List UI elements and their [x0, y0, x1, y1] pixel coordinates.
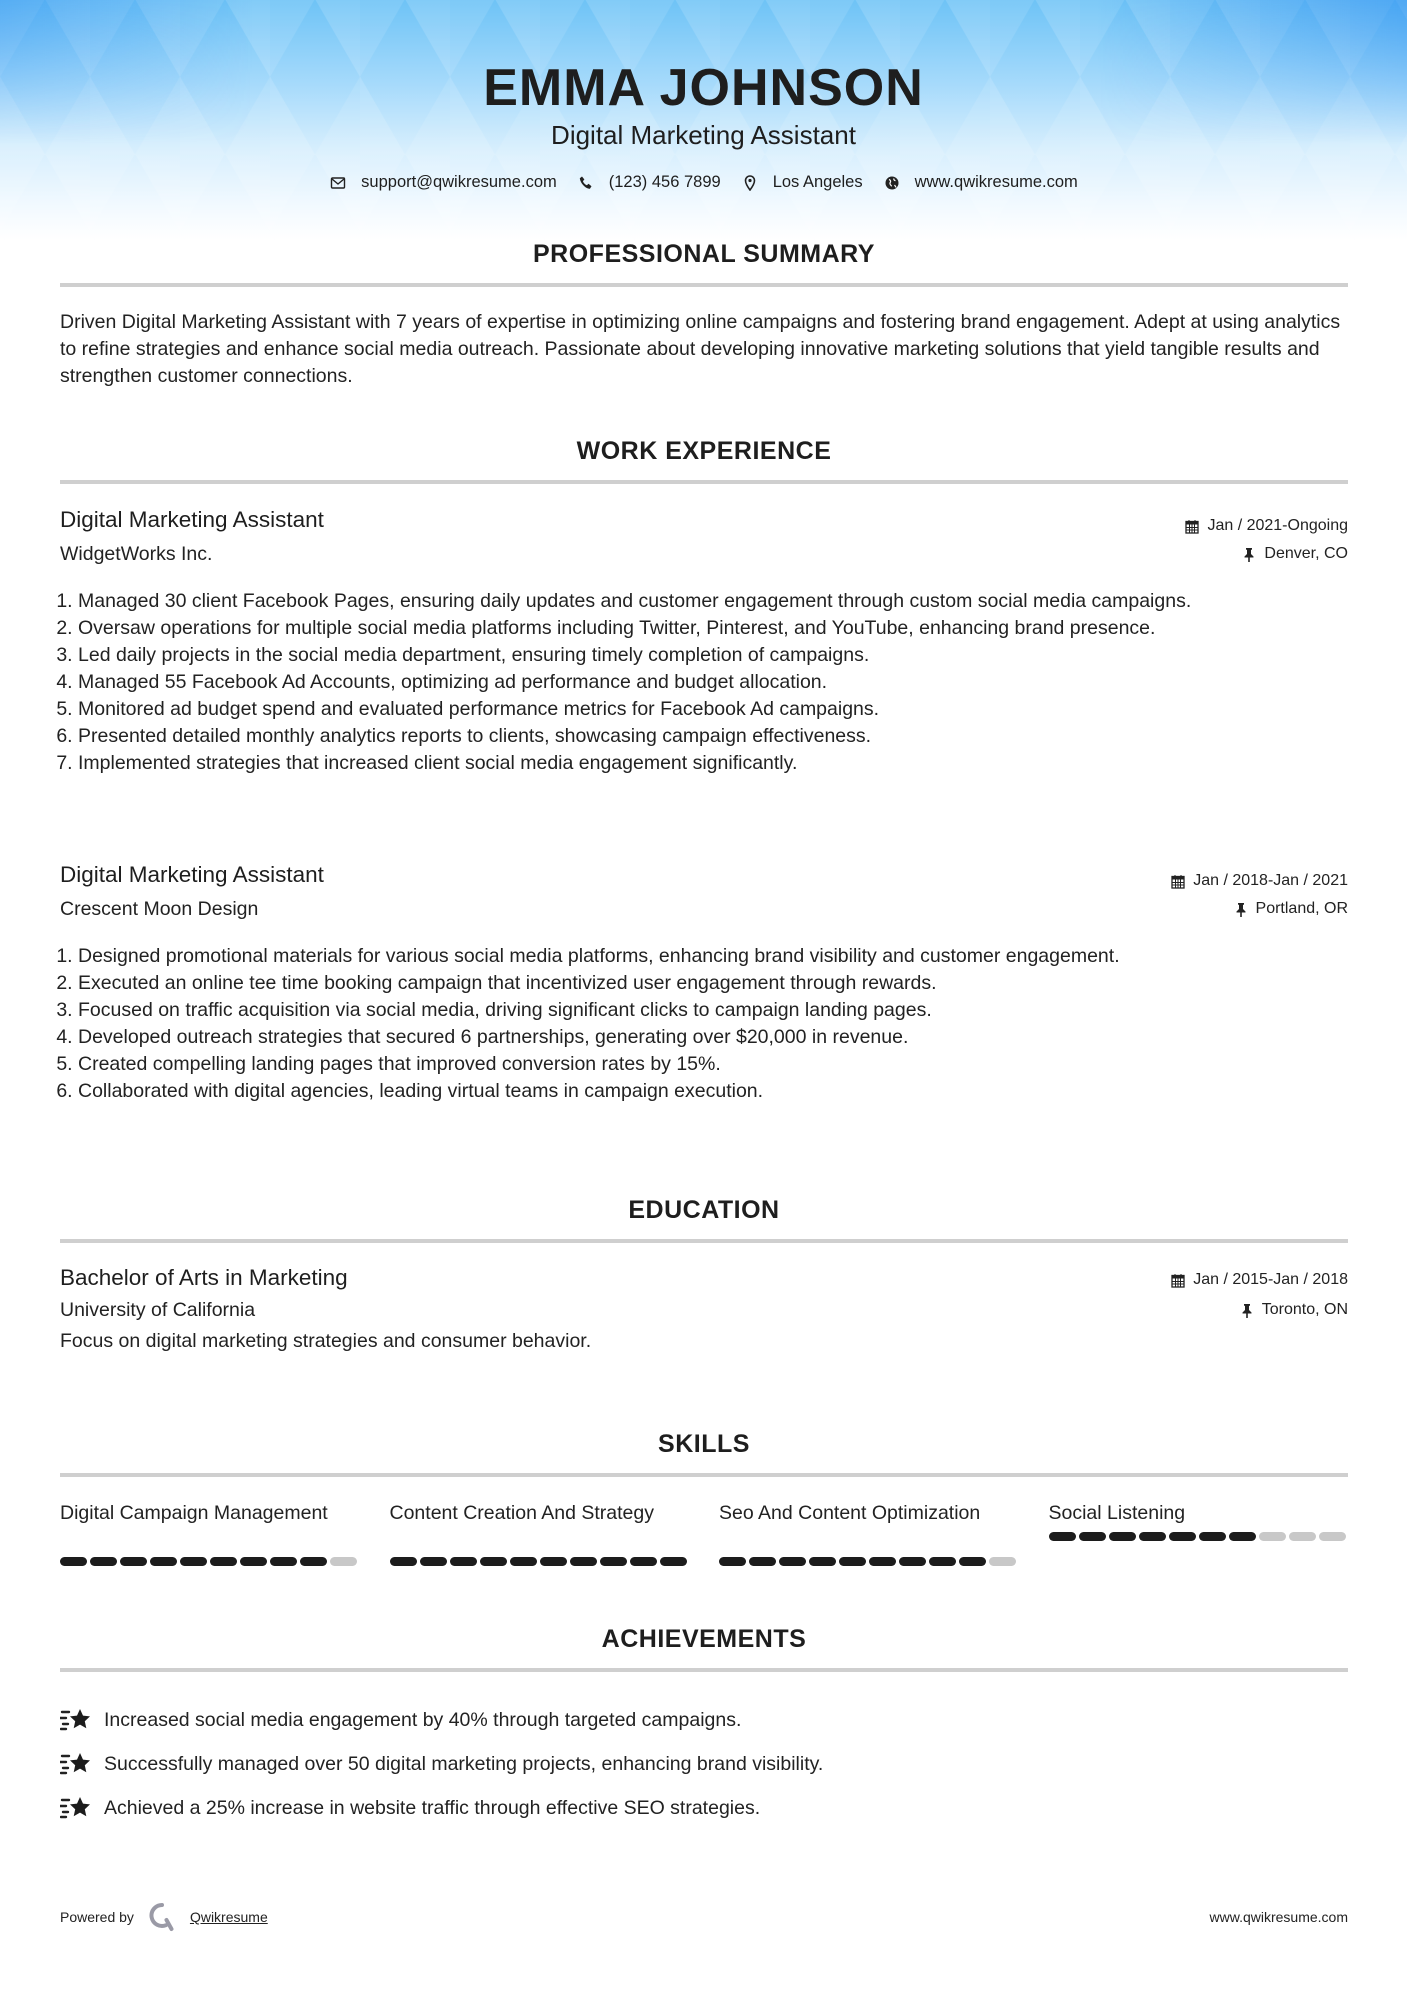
skill-segment — [240, 1557, 267, 1566]
skill-segment — [809, 1557, 836, 1566]
skill-name: Content Creation And Strategy — [390, 1501, 690, 1551]
skill-segment — [330, 1557, 357, 1566]
skill-segment — [869, 1557, 896, 1566]
skill-segment — [959, 1557, 986, 1566]
contact-phone-text: (123) 456 7899 — [609, 173, 721, 192]
skill-segment — [1139, 1532, 1166, 1541]
candidate-name: EMMA JOHNSON — [0, 58, 1407, 118]
skill-segment — [450, 1557, 477, 1566]
job-location: Portland, OR — [1234, 900, 1348, 918]
skill-level-bar — [60, 1557, 360, 1566]
skill-segment — [1319, 1532, 1346, 1541]
skill-segment — [120, 1557, 147, 1566]
education-description: Focus on digital marketing strategies an… — [60, 1330, 1348, 1353]
experience-section: WORK EXPERIENCE — [60, 437, 1348, 484]
skill-segment — [989, 1557, 1016, 1566]
pushpin-icon — [1240, 1303, 1254, 1318]
powered-by-label: Powered by — [60, 1909, 134, 1925]
summary-text: Driven Digital Marketing Assistant with … — [60, 309, 1348, 390]
bullet-item: Monitored ad budget spend and evaluated … — [78, 696, 1348, 723]
map-pin-icon — [741, 174, 759, 192]
skill-segment — [60, 1557, 87, 1566]
pushpin-icon — [1242, 547, 1256, 562]
bullet-item: Developed outreach strategies that secur… — [78, 1024, 1348, 1051]
contact-email-text: support@qwikresume.com — [361, 173, 557, 192]
bullet-item: Focused on traffic acquisition via socia… — [78, 997, 1348, 1024]
skill-segment — [1169, 1532, 1196, 1541]
skill-segment — [570, 1557, 597, 1566]
skill-segment — [719, 1557, 746, 1566]
bullet-item: Implemented strategies that increased cl… — [78, 750, 1348, 777]
bullet-item: Designed promotional materials for vario… — [78, 943, 1348, 970]
skill-segment — [390, 1557, 417, 1566]
calendar-icon — [1171, 1273, 1185, 1288]
job-title: Digital Marketing Assistant — [60, 862, 324, 888]
bullet-item: Led daily projects in the social media d… — [78, 642, 1348, 669]
skill-item: Seo And Content Optimization — [719, 1501, 1019, 1566]
skill-segment — [929, 1557, 956, 1566]
achievement-item: Achieved a 25% increase in website traff… — [60, 1786, 1348, 1830]
skill-level-bar — [1049, 1532, 1349, 1541]
skill-item: Digital Campaign Management — [60, 1501, 360, 1566]
phone-icon — [577, 174, 595, 192]
achievements-section: ACHIEVEMENTS Increased social media enga… — [60, 1625, 1348, 1830]
achievements-heading: ACHIEVEMENTS — [60, 1625, 1348, 1654]
skill-segment — [180, 1557, 207, 1566]
bullet-item: Created compelling landing pages that im… — [78, 1051, 1348, 1078]
calendar-icon — [1171, 874, 1185, 889]
footer-website[interactable]: www.qwikresume.com — [1210, 1909, 1348, 1925]
job-location: Denver, CO — [1242, 545, 1348, 563]
job-entry: Digital Marketing Assistant Jan / 2021-O… — [60, 507, 1348, 777]
skill-segment — [630, 1557, 657, 1566]
bullet-item: Oversaw operations for multiple social m… — [78, 615, 1348, 642]
star-award-icon — [60, 1794, 92, 1822]
degree-title: Bachelor of Arts in Marketing — [60, 1265, 348, 1291]
contact-website[interactable]: www.qwikresume.com — [883, 173, 1078, 192]
calendar-icon — [1185, 519, 1199, 534]
contact-location-text: Los Angeles — [773, 173, 863, 192]
skill-segment — [90, 1557, 117, 1566]
section-divider — [60, 480, 1348, 484]
skill-name: Seo And Content Optimization — [719, 1501, 1019, 1551]
skill-name: Digital Campaign Management — [60, 1501, 360, 1551]
experience-heading: WORK EXPERIENCE — [60, 437, 1348, 466]
skill-segment — [1199, 1532, 1226, 1541]
skill-item: Content Creation And Strategy — [390, 1501, 690, 1566]
skill-segment — [779, 1557, 806, 1566]
qwikresume-logo-icon — [148, 1902, 176, 1932]
section-divider — [60, 1239, 1348, 1243]
skill-segment — [510, 1557, 537, 1566]
summary-heading: PROFESSIONAL SUMMARY — [60, 240, 1348, 269]
school-name: University of California — [60, 1299, 255, 1322]
skill-segment — [270, 1557, 297, 1566]
section-divider — [60, 283, 1348, 287]
candidate-title: Digital Marketing Assistant — [0, 120, 1407, 151]
education-section: EDUCATION Bachelor of Arts in Marketing … — [60, 1196, 1348, 1353]
achievement-item: Increased social media engagement by 40%… — [60, 1698, 1348, 1742]
envelope-icon — [329, 174, 347, 192]
contact-website-text: www.qwikresume.com — [915, 173, 1078, 192]
skill-level-bar — [719, 1557, 1019, 1566]
section-divider — [60, 1473, 1348, 1477]
bullet-item: Executed an online tee time booking camp… — [78, 970, 1348, 997]
achievement-item: Successfully managed over 50 digital mar… — [60, 1742, 1348, 1786]
job-entry: Digital Marketing Assistant Jan / 2018-J… — [60, 862, 1348, 1105]
skill-segment — [210, 1557, 237, 1566]
skills-grid: Digital Campaign Management Content Crea… — [60, 1501, 1348, 1566]
skill-segment — [660, 1557, 687, 1566]
job-bullets: Managed 30 client Facebook Pages, ensuri… — [60, 588, 1348, 777]
job-dates: Jan / 2021-Ongoing — [1185, 517, 1348, 535]
education-location: Toronto, ON — [1240, 1301, 1348, 1319]
company-name: WidgetWorks Inc. — [60, 543, 212, 566]
skill-segment — [600, 1557, 627, 1566]
contact-location: Los Angeles — [741, 173, 863, 192]
skill-segment — [1259, 1532, 1286, 1541]
achievements-list: Increased social media engagement by 40%… — [60, 1698, 1348, 1830]
pushpin-icon — [1234, 902, 1248, 917]
education-dates: Jan / 2015-Jan / 2018 — [1171, 1271, 1348, 1289]
skill-segment — [540, 1557, 567, 1566]
contact-email[interactable]: support@qwikresume.com — [329, 173, 557, 192]
skill-segment — [420, 1557, 447, 1566]
skill-segment — [749, 1557, 776, 1566]
skill-segment — [1049, 1532, 1076, 1541]
bullet-item: Managed 30 client Facebook Pages, ensuri… — [78, 588, 1348, 615]
skill-segment — [839, 1557, 866, 1566]
section-divider — [60, 1668, 1348, 1672]
job-bullets: Designed promotional materials for vario… — [60, 943, 1348, 1105]
bullet-item: Presented detailed monthly analytics rep… — [78, 723, 1348, 750]
star-award-icon — [60, 1750, 92, 1778]
qwikresume-link[interactable]: Qwikresume — [190, 1909, 268, 1925]
skill-segment — [300, 1557, 327, 1566]
skill-segment — [1229, 1532, 1256, 1541]
skill-item: Social Listening — [1049, 1501, 1349, 1566]
skills-section: SKILLS Digital Campaign Management Conte… — [60, 1430, 1348, 1566]
skill-segment — [480, 1557, 507, 1566]
skill-name: Social Listening — [1049, 1501, 1349, 1526]
footer: Powered by Qwikresume www.qwikresume.com — [60, 1902, 1348, 1932]
contact-phone[interactable]: (123) 456 7899 — [577, 173, 721, 192]
job-title: Digital Marketing Assistant — [60, 507, 324, 533]
skill-segment — [899, 1557, 926, 1566]
company-name: Crescent Moon Design — [60, 898, 258, 921]
contact-bar: support@qwikresume.com (123) 456 7899 Lo… — [0, 173, 1407, 192]
skill-level-bar — [390, 1557, 690, 1566]
globe-icon — [883, 174, 901, 192]
skill-segment — [150, 1557, 177, 1566]
bullet-item: Managed 55 Facebook Ad Accounts, optimiz… — [78, 669, 1348, 696]
skill-segment — [1109, 1532, 1136, 1541]
skill-segment — [1079, 1532, 1106, 1541]
education-heading: EDUCATION — [60, 1196, 1348, 1225]
summary-section: PROFESSIONAL SUMMARY Driven Digital Mark… — [60, 240, 1348, 390]
star-award-icon — [60, 1706, 92, 1734]
bullet-item: Collaborated with digital agencies, lead… — [78, 1078, 1348, 1105]
skills-heading: SKILLS — [60, 1430, 1348, 1459]
skill-segment — [1289, 1532, 1316, 1541]
job-dates: Jan / 2018-Jan / 2021 — [1171, 872, 1348, 890]
powered-by: Powered by Qwikresume — [60, 1902, 268, 1932]
